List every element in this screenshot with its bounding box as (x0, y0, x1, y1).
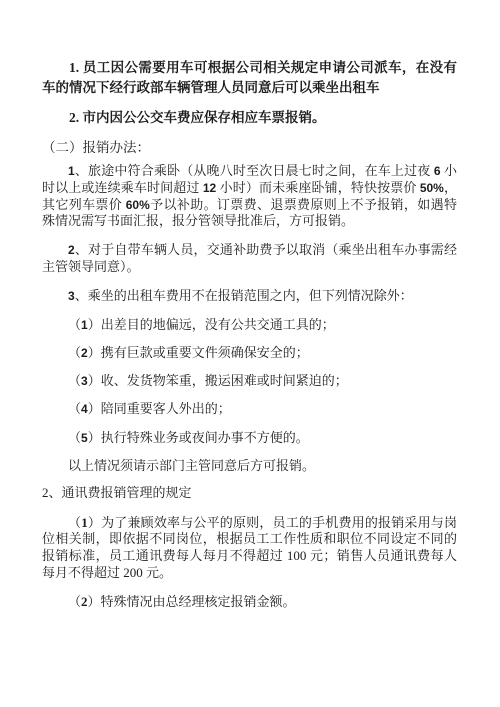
exception-item-5: （5）执行特殊业务或夜间办事不方便的。 (42, 430, 457, 447)
paren-close: ） (88, 317, 101, 332)
exception-item-3: （3）收、发货物笨重，搬运困难或时间紧迫的； (42, 373, 457, 390)
paragraph-exceptions-note: 以上情况须请示部门主管同意后方可报销。 (42, 458, 457, 475)
item-number: 1 (68, 164, 75, 178)
paren-close: ） (88, 594, 101, 609)
paren-close: ） (88, 345, 101, 360)
item-number: 3 (68, 289, 75, 303)
item-text: 收、发货物笨重，搬运困难或时间紧迫的； (101, 373, 348, 388)
item-number: 3 (81, 374, 88, 388)
exception-item-2: （2）携有巨款或重要文件须确保安全的； (42, 345, 457, 362)
document-page: 1. 员工因公需要用车可根据公司相关规定申请公司派车，在没有车的情况下经行政部车… (0, 0, 500, 707)
paren-open: （ (68, 373, 81, 388)
exception-item-4: （4）陪同重要客人外出的； (42, 401, 457, 418)
paragraph-text: 为了兼顾效率与公平的原则，员工的手机费用的报销采用与岗位相关制，即依据不同岗位，… (42, 515, 457, 580)
paragraph-method-3-taxi-scope: 3、乘坐的出租车费用不在报销范围之内，但下列情况除外： (42, 288, 457, 305)
item-text: 出差目的地偏远，没有公共交通工具的； (101, 317, 335, 332)
value-hours-continuous: 12 (203, 181, 216, 195)
exception-item-1: （1）出差目的地偏远，没有公共交通工具的； (42, 317, 457, 334)
paren-close: ） (88, 401, 101, 416)
separator: 、 (75, 242, 88, 257)
paren-open: （ (68, 515, 81, 530)
item-number: 2 (81, 346, 88, 360)
paragraph-text: 市内因公公交车费应保存相应车票报销。 (83, 110, 326, 125)
paragraph-text: 小时）而未乘座卧铺，特快按票价 (216, 180, 420, 195)
value-hours-overnight: 6 (434, 164, 441, 178)
paragraph-comm-fee-standard: （1）为了兼顾效率与公平的原则，员工的手机费用的报销采用与岗位相关制，即依据不同… (42, 515, 457, 582)
paragraph-comm-fee-special: （2）特殊情况由总经理核定报销金额。 (42, 594, 457, 611)
paragraph-text: 旅途中符合乘卧（从晚八时至次日晨七时之间，在车上过夜 (88, 163, 434, 178)
paren-open: （ (68, 401, 81, 416)
paren-close: ） (88, 373, 101, 388)
separator: 、 (75, 163, 88, 178)
paragraph-method-2-own-vehicle: 2、对于自带车辆人员，交通补助费予以取消（乘坐出租车办事需经主管领导同意）。 (42, 242, 457, 276)
item-text: 执行特殊业务或夜间办事不方便的。 (101, 430, 309, 445)
paren-close: ） (88, 430, 101, 445)
paragraph-text: 员工因公需要用车可根据公司相关规定申请公司派车，在没有车的情况下经行政部车辆管理… (42, 60, 457, 95)
item-number: 4 (81, 402, 88, 416)
paragraph-bus-fare-rule: 2. 市内因公公交车费应保存相应车票报销。 (42, 108, 457, 128)
value-other-percent: 60% (126, 198, 150, 212)
item-number: 2. (69, 110, 83, 125)
paragraph-text: 乘坐的出租车费用不在报销范围之内，但下列情况除外： (88, 288, 413, 303)
section-heading-reimbursement-methods: （二）报销办法： (42, 138, 457, 157)
paragraph-text: 对于自带车辆人员，交通补助费予以取消（乘坐出租车办事需经主管领导同意）。 (42, 242, 457, 274)
paren-open: （ (68, 430, 81, 445)
paren-open: （ (68, 317, 81, 332)
paragraph-method-1-sleeper-subsidy: 1、旅途中符合乘卧（从晚八时至次日晨七时之间，在车上过夜 6 小时以上或连续乘车… (42, 163, 457, 230)
item-text: 携有巨款或重要文件须确保安全的； (101, 345, 309, 360)
value-express-percent: 50% (420, 181, 444, 195)
item-number: 1 (81, 318, 88, 332)
section-heading-communication-fee: 2、通讯费报销管理的规定 (42, 485, 457, 502)
paren-open: （ (68, 594, 81, 609)
paren-close: ） (88, 515, 101, 530)
item-number: 2 (68, 243, 75, 257)
paragraph-company-car-rule: 1. 员工因公需要用车可根据公司相关规定申请公司派车，在没有车的情况下经行政部车… (42, 58, 457, 98)
item-text: 陪同重要客人外出的； (101, 401, 231, 416)
separator: 、 (75, 288, 88, 303)
item-number: 1. (69, 60, 83, 75)
item-number: 5 (81, 431, 88, 445)
paren-open: （ (68, 345, 81, 360)
paragraph-text: 特殊情况由总经理核定报销金额。 (101, 594, 296, 609)
